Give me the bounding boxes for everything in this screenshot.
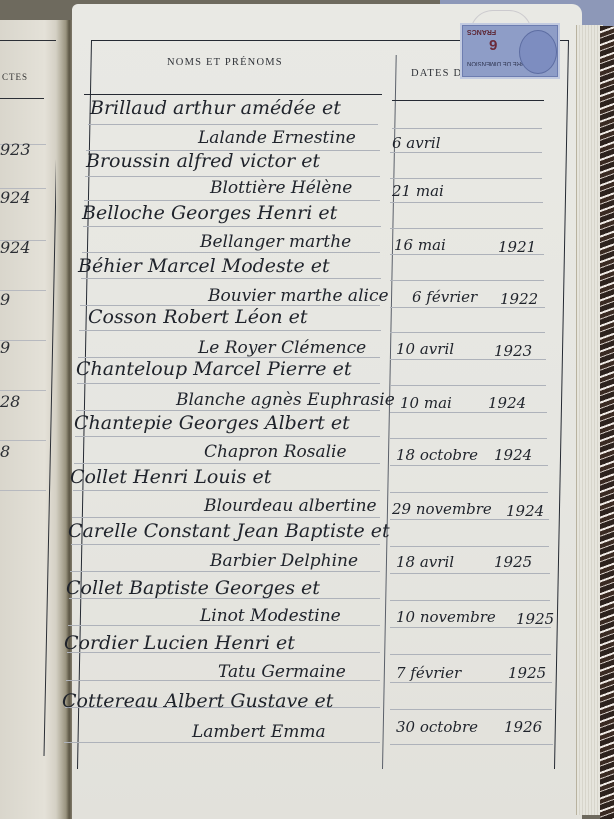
rule xyxy=(72,517,380,518)
rule xyxy=(73,490,380,491)
husband-name: Collet Baptiste Georges et xyxy=(66,577,320,599)
rule xyxy=(390,152,542,153)
act-year: 1925 xyxy=(516,610,554,628)
act-date: 6 avril xyxy=(392,134,441,152)
wife-name: Chapron Rosalie xyxy=(204,442,347,462)
rule xyxy=(71,544,380,545)
rule xyxy=(0,440,46,441)
rule xyxy=(390,573,550,574)
left-page-header: CTES xyxy=(2,72,28,82)
rule xyxy=(390,465,548,466)
act-date: 10 mai xyxy=(400,394,452,412)
act-year: 1924 xyxy=(494,446,532,464)
marbled-cover xyxy=(600,26,614,819)
stamp-denomination: 6 xyxy=(489,36,497,53)
act-date: 29 novembre xyxy=(392,500,492,518)
rule xyxy=(390,412,547,413)
wife-name: Bellanger marthe xyxy=(200,232,351,252)
rule xyxy=(390,492,548,493)
left-year: 924 xyxy=(0,188,31,207)
stamp-currency: FRANCS xyxy=(467,28,496,35)
husband-name: Cosson Robert Léon et xyxy=(88,306,308,328)
rule xyxy=(390,682,552,683)
left-year: 28 xyxy=(0,392,20,411)
rule xyxy=(84,200,380,201)
rule xyxy=(390,546,549,547)
rule xyxy=(79,330,381,331)
rule xyxy=(81,278,381,279)
rule xyxy=(83,226,381,227)
wife-name: Le Royer Clémence xyxy=(198,338,366,358)
act-date: 6 février xyxy=(412,288,477,306)
act-year: 1923 xyxy=(494,342,532,360)
act-year: 1925 xyxy=(508,664,546,682)
act-date: 16 mai xyxy=(394,236,446,254)
act-date: 10 avril xyxy=(396,340,454,358)
left-page: CTES 923 924 924 9 9 28 8 xyxy=(0,20,64,819)
act-year: 1925 xyxy=(494,553,532,571)
rule xyxy=(390,744,553,745)
rule xyxy=(390,280,544,281)
rule xyxy=(390,385,546,386)
wife-name: Linot Modestine xyxy=(200,606,341,626)
act-date: 18 octobre xyxy=(396,446,478,464)
rule xyxy=(392,128,542,129)
husband-name: Chantepie Georges Albert et xyxy=(74,412,350,434)
fiscal-stamp: FRANCS 6 TIMBRE DE DIMENSION xyxy=(462,25,558,77)
left-year: 9 xyxy=(0,290,10,309)
wife-name: Blottière Hélène xyxy=(210,178,352,198)
wife-name: Lambert Emma xyxy=(192,722,326,742)
names-header-rule xyxy=(84,94,382,95)
names-column-header: NOMS ET PRÉNOMS xyxy=(167,57,283,68)
act-date: 18 avril xyxy=(396,553,454,571)
left-year: 8 xyxy=(0,442,10,461)
rule xyxy=(82,252,380,253)
husband-name: Cottereau Albert Gustave et xyxy=(62,690,333,712)
act-year: 1922 xyxy=(500,290,538,308)
rule xyxy=(77,383,380,384)
wife-name: Blourdeau albertine xyxy=(204,496,377,516)
rule xyxy=(88,124,378,125)
act-date: 10 novembre xyxy=(396,608,496,626)
husband-name: Béhier Marcel Modeste et xyxy=(78,255,330,277)
act-date: 30 octobre xyxy=(396,718,478,736)
act-date: 7 février xyxy=(396,664,461,682)
rule xyxy=(390,202,543,203)
rule xyxy=(0,390,46,391)
rule xyxy=(64,742,380,743)
rule xyxy=(76,410,380,411)
rule xyxy=(390,438,547,439)
left-year: 9 xyxy=(0,338,10,357)
wife-name: Barbier Delphine xyxy=(210,551,358,571)
left-header-rule xyxy=(0,98,44,99)
rule xyxy=(74,463,380,464)
rule xyxy=(390,709,552,710)
act-date: 21 mai xyxy=(392,182,444,200)
left-year: 923 xyxy=(0,140,31,159)
wife-name: Bouvier marthe alice xyxy=(208,286,389,306)
husband-name: Cordier Lucien Henri et xyxy=(64,632,295,654)
wife-name: Lalande Ernestine xyxy=(198,128,356,148)
stamp-seal-icon xyxy=(519,30,557,74)
act-year: 1924 xyxy=(488,394,526,412)
wife-name: Blanche agnès Euphrasie xyxy=(176,390,395,410)
left-year: 924 xyxy=(0,238,31,257)
rule xyxy=(390,600,550,601)
husband-name: Carelle Constant Jean Baptiste et xyxy=(68,520,390,542)
page-edges xyxy=(576,25,603,815)
rule xyxy=(390,654,551,655)
wife-name: Tatu Germaine xyxy=(218,662,346,682)
act-year: 1921 xyxy=(498,238,536,256)
husband-name: Collet Henri Louis et xyxy=(70,466,271,488)
rule xyxy=(0,490,46,491)
rule xyxy=(390,228,543,229)
rule xyxy=(75,436,380,437)
rule xyxy=(390,178,542,179)
act-year: 1924 xyxy=(506,502,544,520)
husband-name: Brillaud arthur amédée et xyxy=(90,97,341,119)
husband-name: Broussin alfred victor et xyxy=(86,150,320,172)
rule xyxy=(85,176,380,177)
dates-header-rule xyxy=(392,100,544,101)
rule xyxy=(390,332,545,333)
act-year: 1926 xyxy=(504,718,542,736)
rule xyxy=(70,571,380,572)
husband-name: Belloche Georges Henri et xyxy=(82,202,337,224)
husband-name: Chanteloup Marcel Pierre et xyxy=(76,358,351,380)
